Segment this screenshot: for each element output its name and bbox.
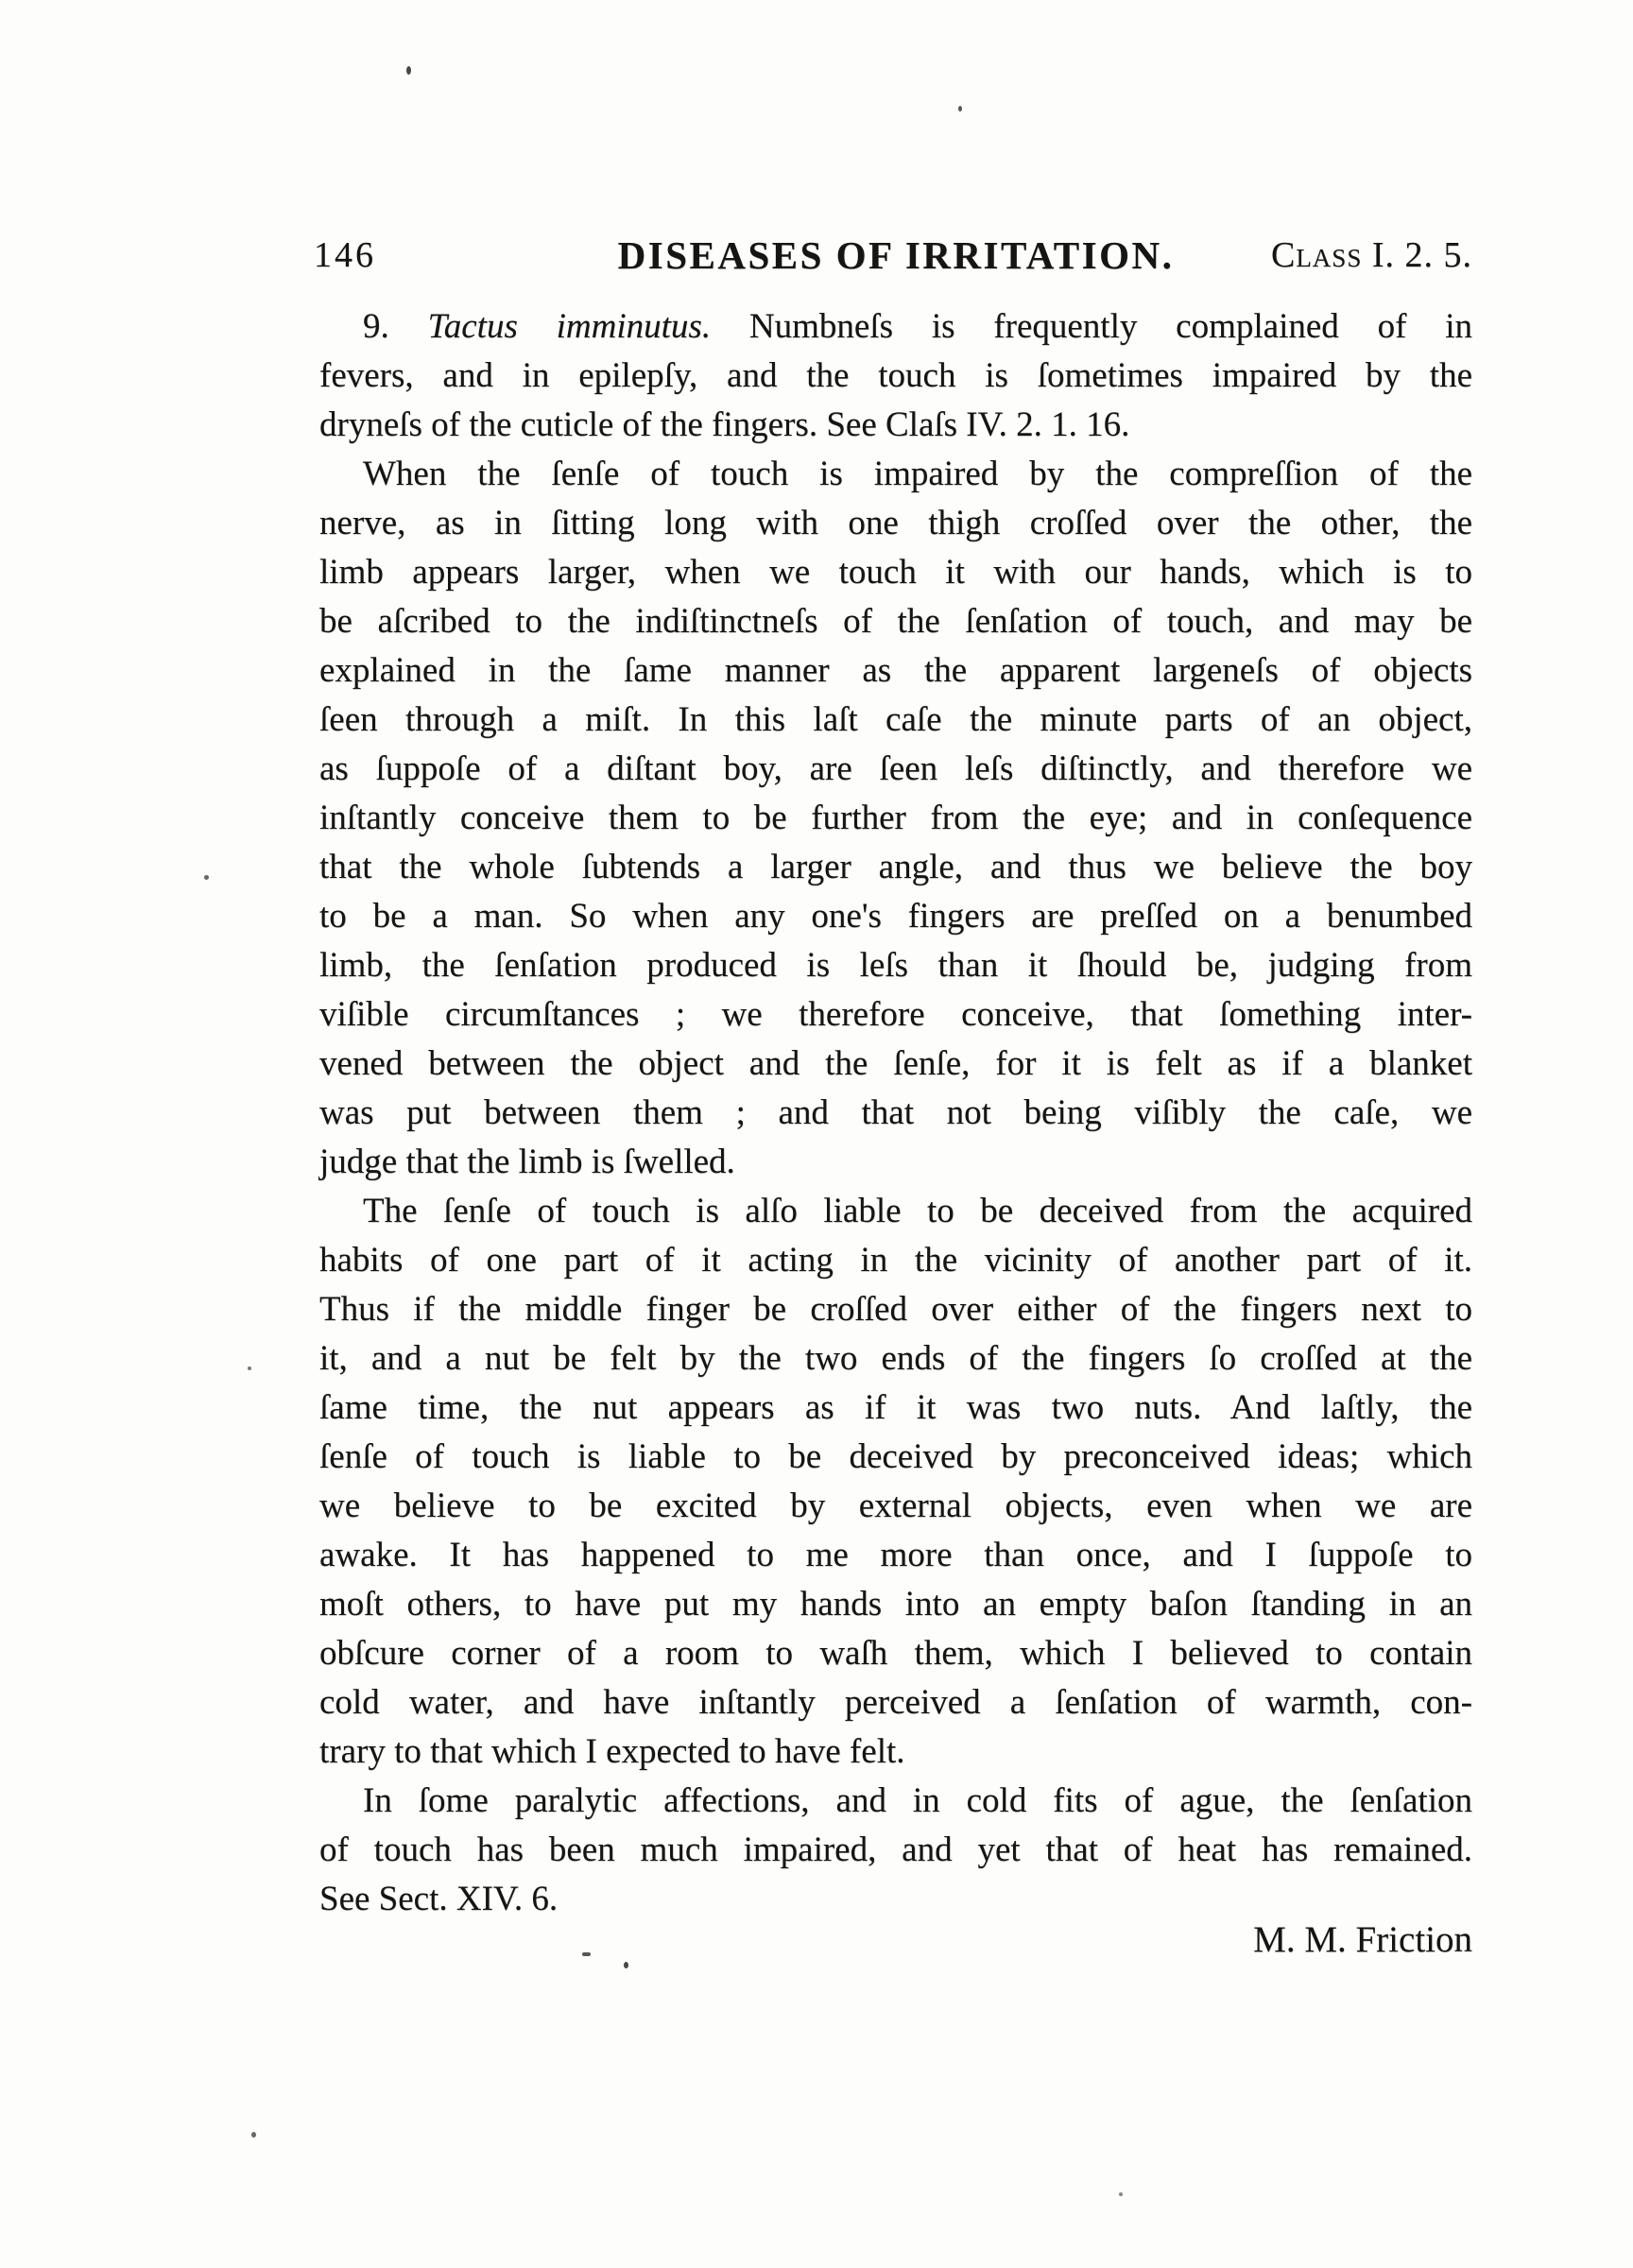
page-number: 146 [314, 234, 376, 276]
text-line: habits of one part of it acting in the v… [319, 1236, 1472, 1285]
paragraph: The ſenſe of touch is alſo liable to be … [319, 1187, 1472, 1777]
class-reference: Class I. 2. 5. [1271, 234, 1472, 276]
text-line: trary to that which I expected to have f… [319, 1727, 1472, 1777]
text-line: fevers, and in epilepſy, and the touch i… [319, 352, 1472, 401]
text-line: viſible circumſtances ; we therefore con… [319, 990, 1472, 1039]
text-line: Thus if the middle finger be croſſed ove… [319, 1285, 1472, 1334]
text-line: judge that the limb is ſwelled. [319, 1138, 1472, 1187]
paragraph: When the ſenſe of touch is impaired by t… [319, 450, 1472, 1187]
text-line: inſtantly conceive them to be further fr… [319, 794, 1472, 843]
text-line: as ſuppoſe of a diſtant boy, are ſeen le… [319, 745, 1472, 794]
ink-speck [204, 875, 209, 880]
running-title: DISEASES OF IRRITATION. [618, 232, 1175, 278]
text-line: was put between them ; and that not bein… [319, 1089, 1472, 1138]
text-line: to be a man. So when any one's fingers a… [319, 892, 1472, 941]
ink-speck [1119, 2192, 1123, 2196]
text-line: The ſenſe of touch is alſo liable to be … [319, 1187, 1472, 1236]
text-line: obſcure corner of a room to waſh them, w… [319, 1629, 1472, 1678]
text-line: moſt others, to have put my hands into a… [319, 1580, 1472, 1629]
text-line: nerve, as in ſitting long with one thigh… [319, 499, 1472, 548]
text-line: explained in the ſame manner as the appa… [319, 646, 1472, 696]
text-line: vened between the object and the ſenſe, … [319, 1039, 1472, 1089]
text-segment: Numbneſs is frequently complained of in [711, 307, 1472, 346]
ink-speck [248, 1366, 251, 1370]
text-line: limb appears larger, when we touch it wi… [319, 548, 1472, 597]
text-line: ſenſe of touch is liable to be deceived … [319, 1433, 1472, 1482]
text-segment: 9. [363, 307, 428, 346]
text-line: awake. It has happened to me more than o… [319, 1531, 1472, 1580]
ink-speck [958, 106, 962, 112]
paragraph: 9. Tactus imminutus. Numbneſs is frequen… [319, 302, 1472, 450]
text-line: limb, the ſenſation produced is leſs tha… [319, 941, 1472, 990]
text-line: that the whole ſubtends a larger angle, … [319, 843, 1472, 892]
text-line: ſame time, the nut appears as if it was … [319, 1383, 1472, 1433]
italic-text: Tactus imminutus. [428, 307, 712, 346]
ink-speck [251, 2132, 256, 2138]
text-line: dryneſs of the cuticle of the fingers. S… [319, 401, 1472, 450]
text-line: cold water, and have inſtantly perceived… [319, 1678, 1472, 1727]
paragraph: In ſome paralytic affections, and in col… [319, 1777, 1472, 1924]
catchword: M. M. Friction [1253, 1919, 1472, 1960]
text-line: ſeen through a miſt. In this laſt caſe t… [319, 696, 1472, 745]
text-block: 9. Tactus imminutus. Numbneſs is frequen… [319, 302, 1472, 1924]
ink-speck [406, 66, 411, 75]
text-line: be aſcribed to the indiſtinctneſs of the… [319, 597, 1472, 646]
text-line: In ſome paralytic affections, and in col… [319, 1777, 1472, 1826]
text-line: When the ſenſe of touch is impaired by t… [319, 450, 1472, 499]
text-line: 9. Tactus imminutus. Numbneſs is frequen… [319, 302, 1472, 352]
text-line: it, and a nut be felt by the two ends of… [319, 1334, 1472, 1383]
text-line: of touch has been much impaired, and yet… [319, 1826, 1472, 1875]
text-line: we believe to be excited by external obj… [319, 1482, 1472, 1531]
book-page: 146 DISEASES OF IRRITATION. Class I. 2. … [0, 0, 1633, 2268]
page-header: 146 DISEASES OF IRRITATION. Class I. 2. … [319, 227, 1472, 278]
catchword-row: M. M. Friction [319, 1915, 1472, 1966]
